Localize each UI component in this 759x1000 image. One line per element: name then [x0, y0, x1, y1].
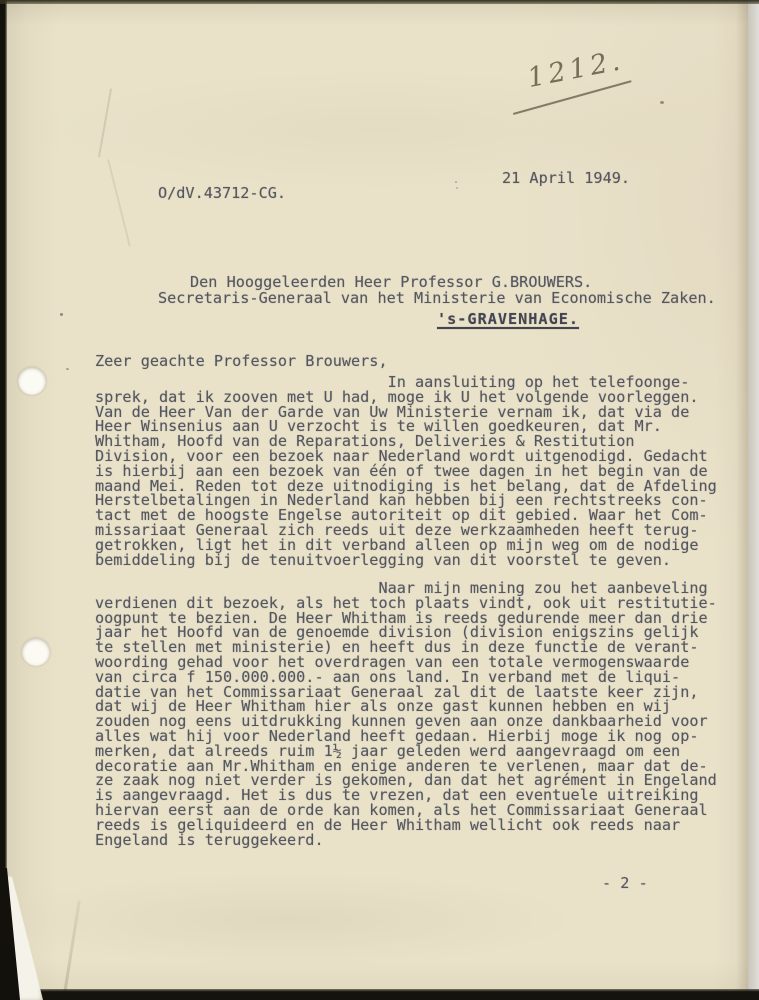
handwritten-dot: [660, 101, 664, 104]
scanned-letter-page: 1212. 21 April 1949. O/dV.43712-CG. Den …: [0, 0, 759, 1000]
scan-edge-right: [748, 0, 759, 1000]
punch-hole-top: [18, 367, 46, 395]
scan-edge-left: [0, 0, 7, 1000]
recipient-name: Den Hooggeleerden Heer Professor G.BROUW…: [190, 274, 592, 290]
paper-speck: [455, 181, 457, 183]
paper-speck: [456, 187, 458, 189]
page-number: - 2 -: [602, 875, 648, 891]
salutation: Zeer geachte Professor Brouwers,: [95, 353, 388, 369]
paper-edge-shadow: [736, 0, 748, 1000]
paper-crease: [62, 900, 81, 999]
paper-crease: [98, 88, 112, 157]
scan-edge-top: [0, 0, 759, 4]
reference-number: O/dV.43712-CG.: [158, 185, 286, 201]
recipient-title: Secretaris-Generaal van het Ministerie v…: [158, 290, 716, 306]
scan-edge-bottom: [40, 989, 759, 1000]
recipient-city: 's-GRAVENHAGE.: [437, 311, 579, 327]
paper-speck: [66, 368, 69, 370]
punch-hole-bottom: [22, 638, 50, 666]
typed-line: Engeland is teruggekeerd.: [95, 833, 717, 848]
body-paragraph-2: Naar mijn mening zou het aanbevelingverd…: [95, 581, 717, 847]
paper-speck: [60, 313, 63, 316]
typed-line: bemiddeling bij de tenuitvoerlegging van…: [95, 553, 717, 568]
date-line: 21 April 1949.: [502, 170, 630, 186]
body-paragraph-1: In aansluiting op het telefoonge-sprek, …: [95, 375, 717, 567]
paper-crease: [107, 159, 131, 247]
